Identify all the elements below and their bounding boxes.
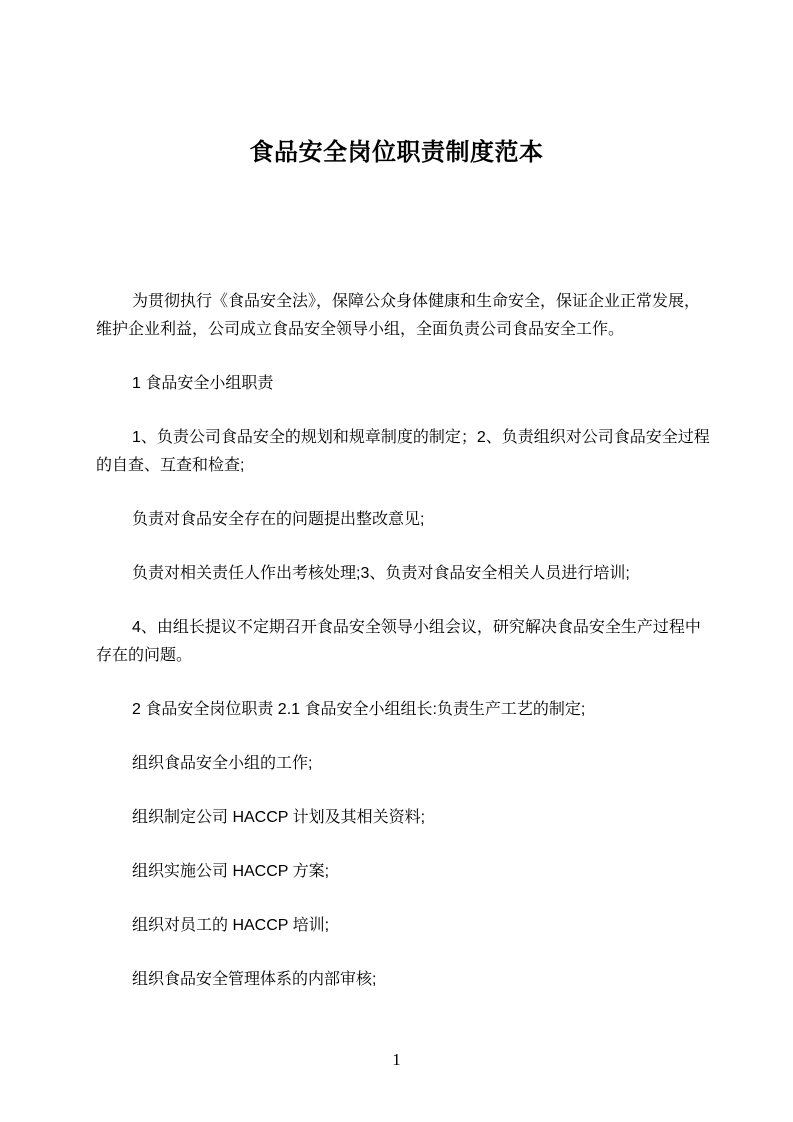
document-body: 为贯彻执行《食品安全法》，保障公众身体健康和生命安全，保证企业正常发展， 维护企… (96, 288, 715, 994)
paragraph-haccp-training: 组织对员工的 HACCP 培训; (96, 912, 715, 940)
paragraph-rectify: 负责对食品安全存在的问题提出整改意见; (96, 506, 715, 534)
paragraph-haccp-plan: 组织制定公司 HACCP 计划及其相关资料; (96, 804, 715, 832)
heading-section-2: 2 食品安全岗位职责 2.1 食品安全小组组长:负责生产工艺的制定; (96, 696, 715, 724)
paragraph-duties-1-2: 1、负责公司食品安全的规划和规章制度的制定；2、负责组织对公司食品安全过程 的自… (96, 424, 715, 480)
paragraph-intro: 为贯彻执行《食品安全法》，保障公众身体健康和生命安全，保证企业正常发展， 维护企… (96, 288, 715, 344)
page-number: 1 (0, 1048, 793, 1072)
paragraph-haccp-implement: 组织实施公司 HACCP 方案; (96, 858, 715, 886)
heading-section-1: 1 食品安全小组职责 (96, 370, 715, 398)
paragraph-meetings: 4、由组长提议不定期召开食品安全领导小组会议，研究解决食品安全生产过程中 存在的… (96, 614, 715, 670)
paragraph-organize-team: 组织食品安全小组的工作; (96, 750, 715, 778)
document-page: 食品安全岗位职责制度范本 为贯彻执行《食品安全法》，保障公众身体健康和生命安全，… (0, 0, 793, 1122)
document-title: 食品安全岗位职责制度范本 (0, 138, 793, 168)
paragraph-internal-audit: 组织食品安全管理体系的内部审核; (96, 966, 715, 994)
paragraph-assess-train: 负责对相关责任人作出考核处理;3、负责对食品安全相关人员进行培训; (96, 560, 715, 588)
